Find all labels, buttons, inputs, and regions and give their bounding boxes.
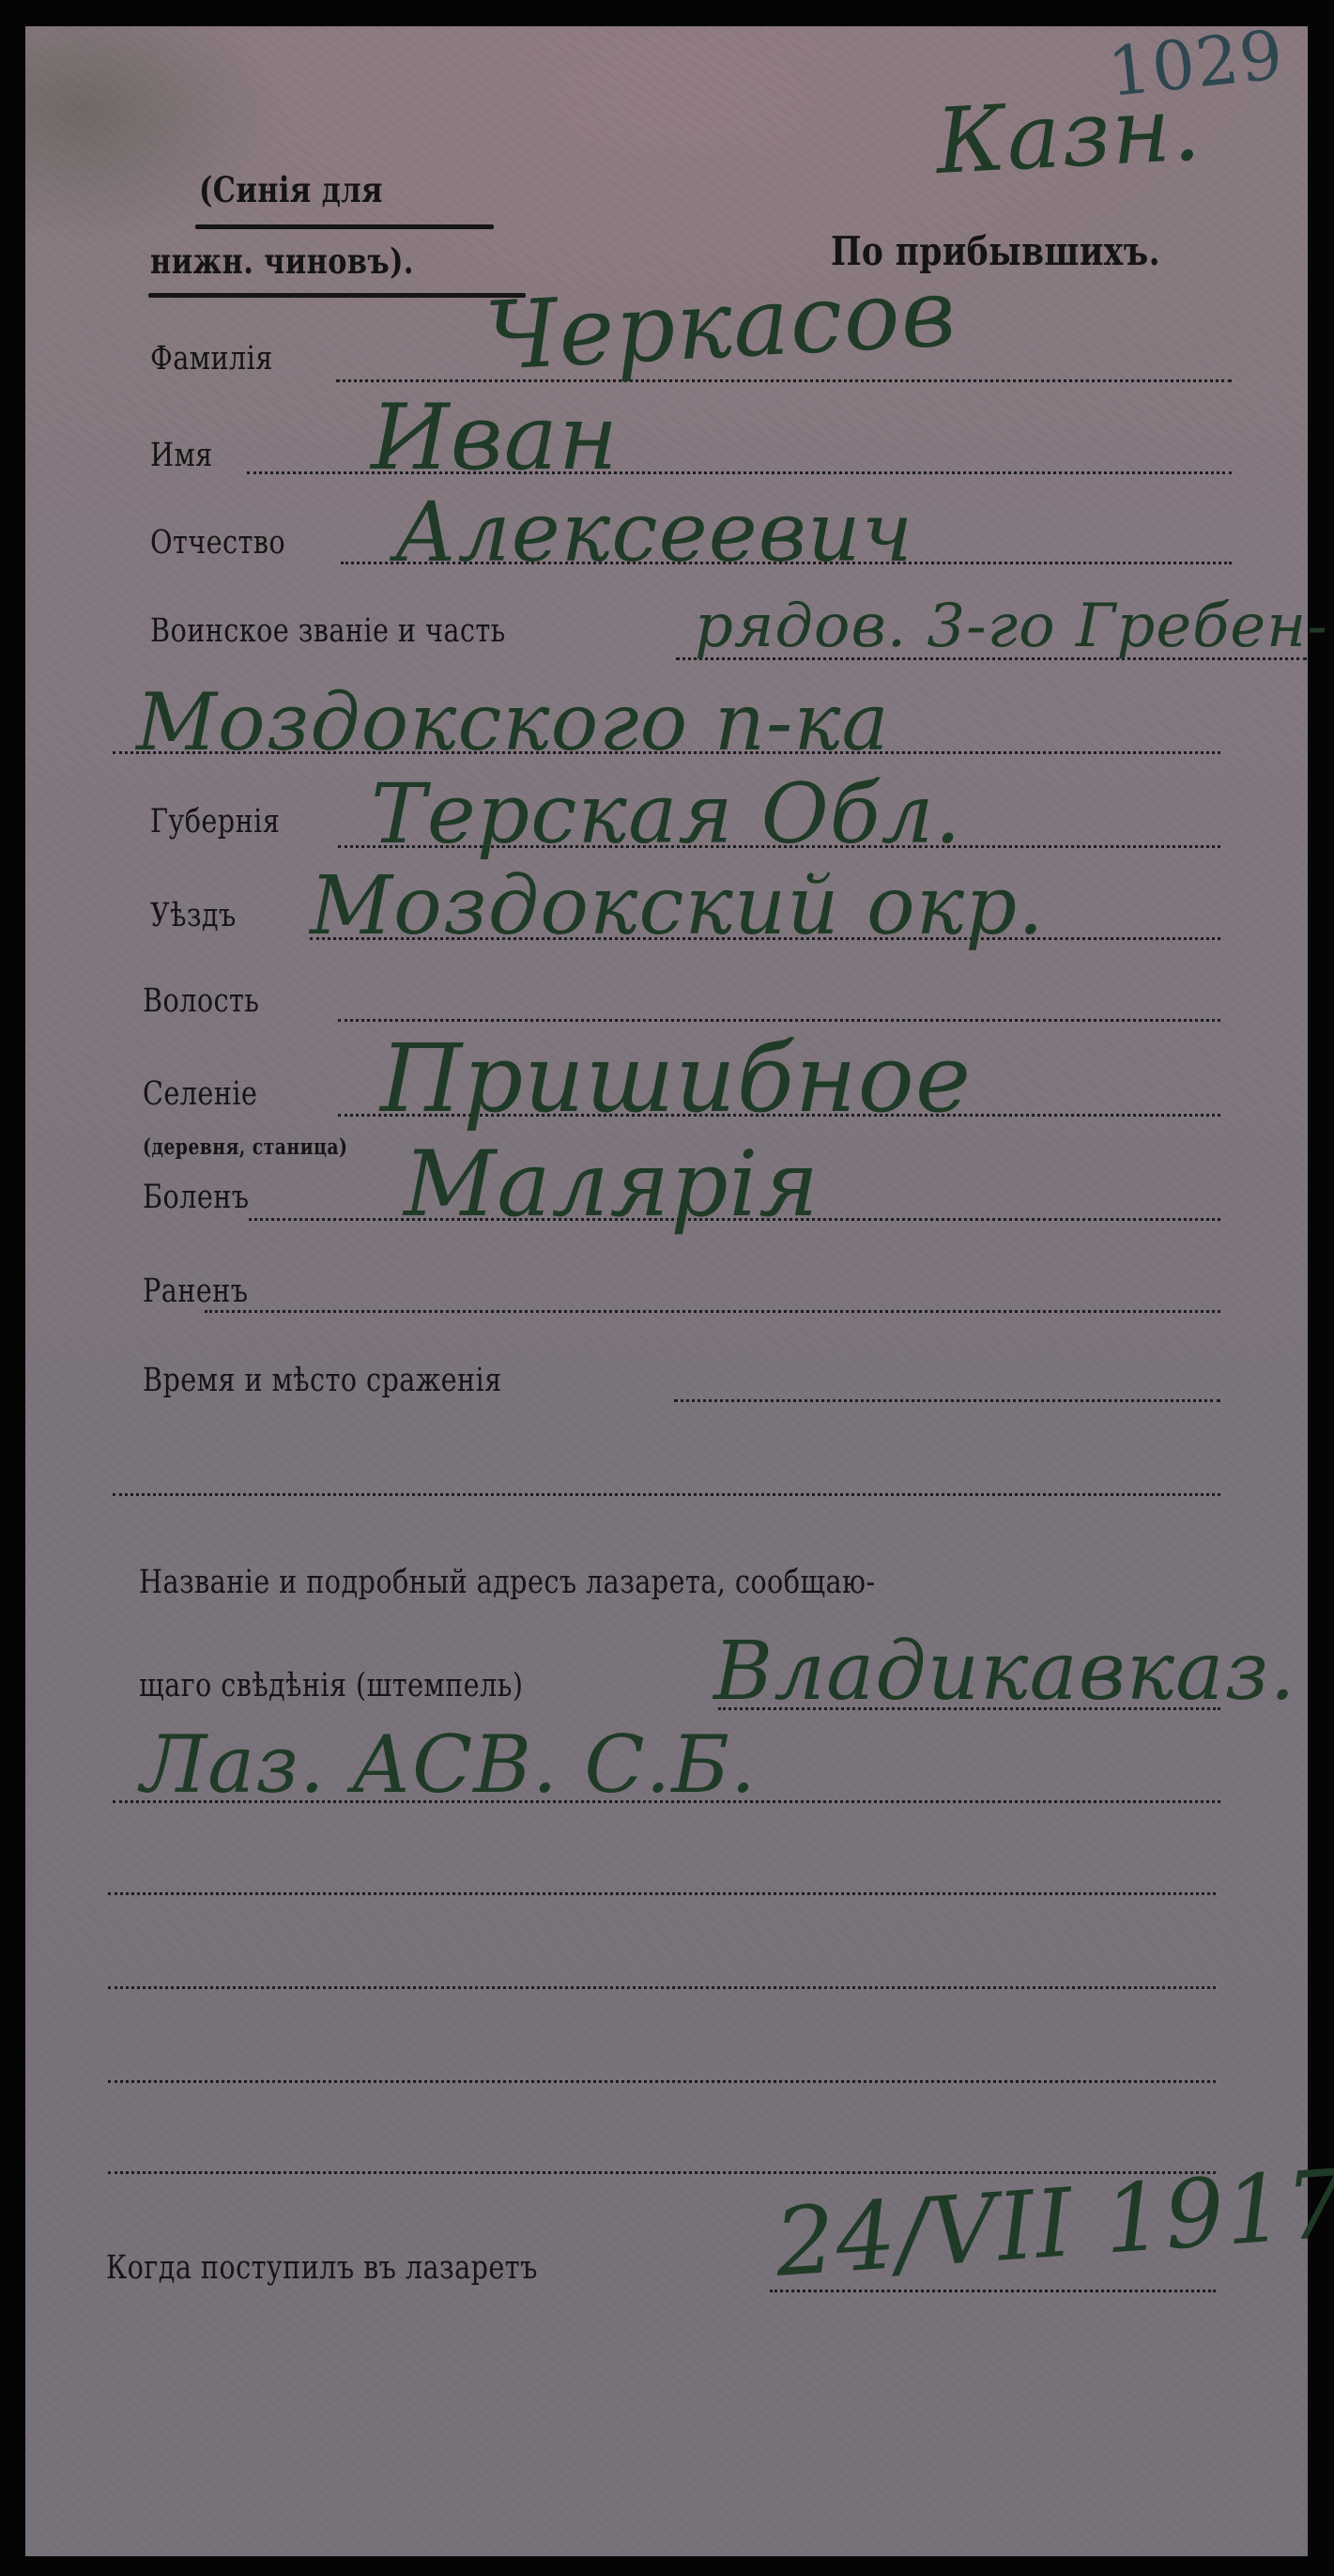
line-surname bbox=[336, 379, 1232, 382]
value-first-name: Иван bbox=[371, 385, 619, 490]
label-wounded: Раненъ bbox=[143, 1273, 248, 1310]
label-admitted: Когда поступилъ въ лазаретъ bbox=[106, 2249, 538, 2287]
label-rank-unit: Воинское званіе и часть bbox=[150, 612, 506, 650]
label-village-sub: (деревня, станица) bbox=[143, 1134, 347, 1160]
line-battle-2 bbox=[113, 1493, 1220, 1496]
line-blank-1 bbox=[108, 1892, 1216, 1895]
line-volost bbox=[338, 1019, 1220, 1022]
line-blank-2 bbox=[108, 1986, 1216, 1989]
label-province: Губернія bbox=[150, 803, 280, 841]
label-village: Селеніе bbox=[143, 1075, 257, 1113]
value-village: Пришибное bbox=[380, 1024, 972, 1134]
header-underline-1 bbox=[195, 224, 494, 229]
value-rank-unit-2: Моздокского п-ка bbox=[136, 676, 890, 768]
label-volost: Волость bbox=[143, 982, 259, 1020]
label-district: Уѣздъ bbox=[150, 897, 237, 934]
label-surname: Фамилія bbox=[150, 340, 273, 378]
header-note-line2: нижн. чиновъ). bbox=[150, 240, 414, 282]
value-hospital-2: Лаз. АСВ. С.Б. bbox=[141, 1719, 757, 1811]
value-district: Моздокский окр. bbox=[310, 859, 1045, 953]
value-rank-unit-1: рядов. 3-го Гребен- bbox=[695, 592, 1328, 661]
line-wounded bbox=[205, 1310, 1220, 1313]
label-first-name: Имя bbox=[150, 437, 213, 474]
line-blank-3 bbox=[108, 2080, 1216, 2083]
label-patronymic: Отчество bbox=[150, 524, 285, 562]
line-battle bbox=[674, 1399, 1220, 1402]
label-ill: Боленъ bbox=[143, 1179, 249, 1216]
value-hospital-1: Владикавказ. bbox=[713, 1625, 1296, 1719]
value-province: Терская Обл. bbox=[371, 765, 962, 862]
label-hospital-2: щаго свѣдѣнія (штемпель) bbox=[139, 1667, 523, 1704]
header-note-line1: (Синія для bbox=[199, 169, 383, 210]
corner-note: Казн. bbox=[933, 75, 1204, 194]
label-battle: Время и мѣсто сраженія bbox=[143, 1362, 502, 1399]
label-hospital-1: Названіе и подробный адресъ лазарета, со… bbox=[139, 1564, 876, 1601]
header-underline-2 bbox=[148, 293, 526, 298]
value-patronymic: Алексеевич bbox=[394, 484, 913, 580]
value-ill: Малярія bbox=[404, 1132, 820, 1237]
